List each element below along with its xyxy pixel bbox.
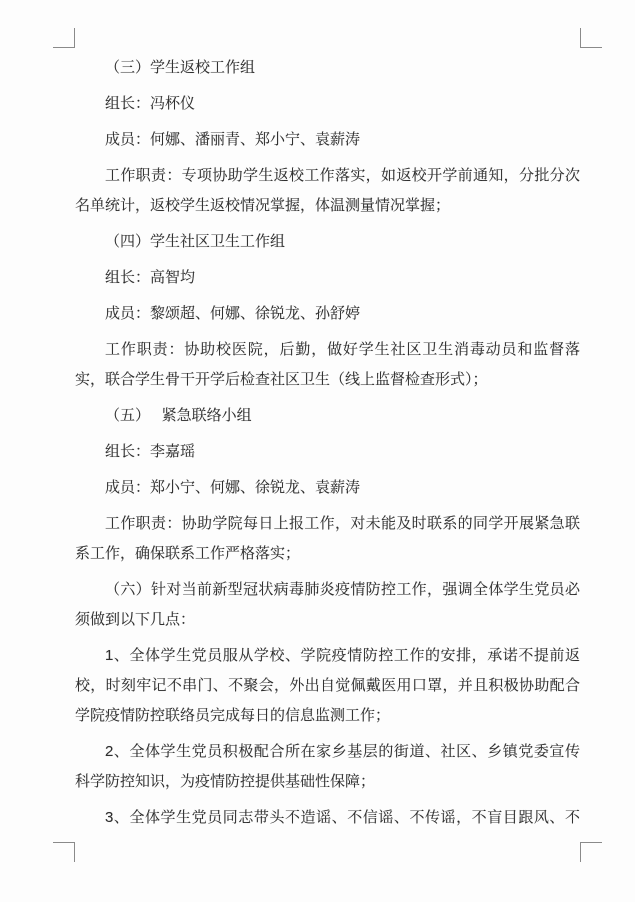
text-line-item-1: 1、全体学生党员服从学校、学院疫情防控工作的安排，承诺不提前返 (75, 641, 580, 671)
text-line: 名单统计，返校学生返校情况掌握，体温测量情况掌握； (75, 191, 580, 221)
text-line-duties: 工作职责：协助学院每日上报工作，对未能及时联系的同学开展紧急联 (75, 509, 580, 539)
text-line-members: 成员：何娜、潘丽青、郑小宁、袁薪涛 (75, 125, 580, 155)
text-line-leader: 组长：李嘉瑶 (75, 437, 580, 467)
text-line: 校，时刻牢记不串门、不聚会，外出自觉佩戴医用口罩，并且积极协助配合 (75, 671, 580, 701)
text-line: 科学防控知识，为疫情防控提供基础性保障； (75, 767, 580, 797)
document-page: （三）学生返校工作组 组长：冯杯仪 成员：何娜、潘丽青、郑小宁、袁薪涛 工作职责… (0, 0, 635, 902)
text-line-item-2: 2、全体学生党员积极配合所在家乡基层的街道、社区、乡镇党委宣传 (75, 737, 580, 767)
section-heading-4: （四）学生社区卫生工作组 (75, 227, 580, 257)
text-line: 须做到以下几点： (75, 605, 580, 635)
document-body: （三）学生返校工作组 组长：冯杯仪 成员：何娜、潘丽青、郑小宁、袁薪涛 工作职责… (75, 47, 580, 833)
crop-mark-top-right-icon (580, 28, 602, 48)
section-heading-5: （五） 紧急联络小组 (75, 401, 580, 431)
text-line-members: 成员：郑小宁、何娜、徐锐龙、袁薪涛 (75, 473, 580, 503)
crop-mark-bottom-left-icon (53, 842, 75, 862)
text-line-duties: 工作职责：专项协助学生返校工作落实，如返校开学前通知，分批分次 (75, 161, 580, 191)
text-line-leader: 组长：冯杯仪 (75, 89, 580, 119)
text-line-item-3: 3、全体学生党员同志带头不造谣、不信谣、不传谣，不盲目跟风、不 (75, 803, 580, 833)
crop-mark-bottom-right-icon (580, 842, 602, 862)
section-heading-6: （六）针对当前新型冠状病毒肺炎疫情防控工作，强调全体学生党员必 (75, 575, 580, 605)
text-line-leader: 组长：高智均 (75, 263, 580, 293)
text-line-members: 成员：黎颂超、何娜、徐锐龙、孙舒婷 (75, 299, 580, 329)
text-line: 实，联合学生骨干开学后检查社区卫生（线上监督检查形式）； (75, 365, 580, 395)
section-heading-3: （三）学生返校工作组 (75, 53, 580, 83)
text-line-duties: 工作职责：协助校医院，后勤，做好学生社区卫生消毒动员和监督落 (75, 335, 580, 365)
text-line: 学院疫情防控联络员完成每日的信息监测工作； (75, 701, 580, 731)
crop-mark-top-left-icon (53, 28, 75, 48)
text-line: 系工作，确保联系工作严格落实； (75, 539, 580, 569)
